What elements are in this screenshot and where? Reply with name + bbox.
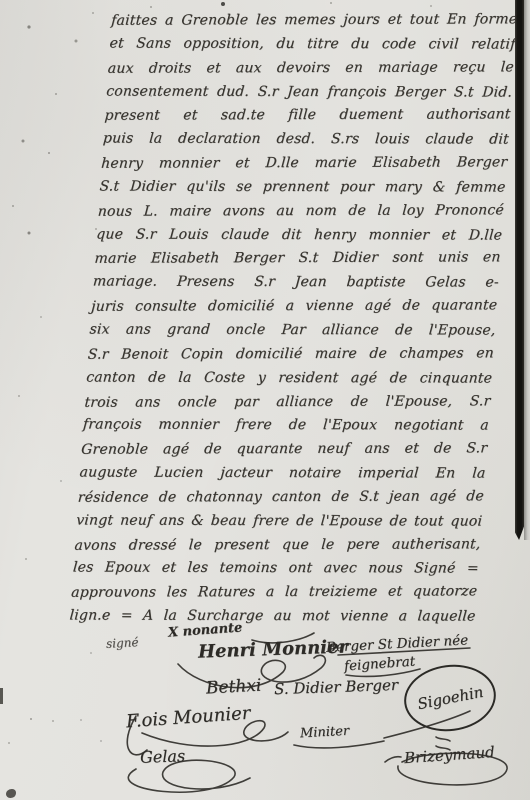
manuscript-line: puis la declaration desd. S.rs louis cla… xyxy=(102,128,510,153)
manuscript-line: Grenoble agé de quarante neuf ans et de … xyxy=(80,437,488,462)
manuscript-text-block: faittes a Grenoble les memes jours et to… xyxy=(69,9,518,629)
manuscript-line: trois ans oncle par alliance de l'Epouse… xyxy=(84,390,492,415)
manuscript-line: juris consulte domicilié a vienne agé de… xyxy=(90,294,498,319)
page-edge-strip xyxy=(524,0,530,540)
brizeymaud-lead-stroke xyxy=(385,757,401,762)
manuscript-line: marie Elisabeth Berger S.t Didier sont u… xyxy=(94,247,502,272)
signe-label: signé xyxy=(106,635,139,651)
manuscript-line: et Sans opposition, du titre du code civ… xyxy=(109,32,517,57)
manuscript-line: nous L. maire avons au nom de la loy Pro… xyxy=(97,199,505,224)
left-edge-mark xyxy=(0,688,3,704)
manuscript-line: faittes a Grenoble les memes jours et to… xyxy=(110,8,518,33)
manuscript-line: S.r Benoit Copin domicilié maire de cham… xyxy=(87,342,495,367)
signature-gelas: Gelas xyxy=(140,746,186,767)
manuscript-line: françois monnier frere de l'Epoux negoti… xyxy=(82,414,490,439)
corner-ink-blot xyxy=(6,789,16,798)
signature-sigoehin: Sigoehin xyxy=(416,683,485,713)
signature-brizeymaud: Brizeymaud xyxy=(403,743,495,767)
manuscript-line: canton de la Coste y resident agé de cin… xyxy=(85,366,493,391)
manuscript-line: S.t Didier qu'ils se prennent pour mary … xyxy=(99,175,507,200)
manuscript-line: auguste Lucien jacteur notaire imperial … xyxy=(79,461,487,486)
manuscript-line: present et sad.te fille duement authoris… xyxy=(104,104,512,129)
manuscript-line: approuvons les Ratures a la treizieme et… xyxy=(70,581,478,606)
manuscript-line: henry monnier et D.lle marie Elisabeth B… xyxy=(100,151,508,176)
signature-feignebrat: feignebrat xyxy=(344,654,416,675)
manuscript-line: consentement dud. S.r Jean françois Berg… xyxy=(105,80,513,105)
manuscript-line: les Epoux et les temoins ont avec nous S… xyxy=(72,557,480,582)
circle-tick-mark-1 xyxy=(436,737,450,741)
miniter-underline xyxy=(294,741,384,748)
paper-specks xyxy=(0,0,2,2)
manuscript-line: résidence de chatonnay canton de S.t jea… xyxy=(77,485,485,510)
manuscript-line: que S.r Louis claude dit henry monnier e… xyxy=(95,223,503,248)
signature-miniter: Miniter xyxy=(300,724,350,742)
manuscript-line: vingt neuf ans & beau frere de l'Epouse … xyxy=(75,509,483,534)
signature-s-didier-berger: S. Didier Berger xyxy=(274,676,399,698)
manuscript-line: six ans grand oncle Par alliance de l'Ep… xyxy=(89,318,497,343)
manuscript-line: lign.e = A la Surcharge au mot vienne a … xyxy=(69,605,477,630)
signature-bethxi: Bethxi xyxy=(206,676,262,699)
page-binding-edge xyxy=(515,0,524,540)
manuscript-line: avons dressé le present que le pere auth… xyxy=(74,533,482,558)
signature-sigoehin-circle: Sigoehin xyxy=(400,660,499,737)
signature-fois-mounier: F.ois Mounier xyxy=(125,703,251,733)
scanned-manuscript-page: faittes a Grenoble les memes jours et to… xyxy=(0,0,530,800)
manuscript-line: aux droits et aux devoirs en mariage reç… xyxy=(107,56,515,81)
manuscript-line: mariage. Presens S.r Jean baptiste Gelas… xyxy=(92,271,500,296)
